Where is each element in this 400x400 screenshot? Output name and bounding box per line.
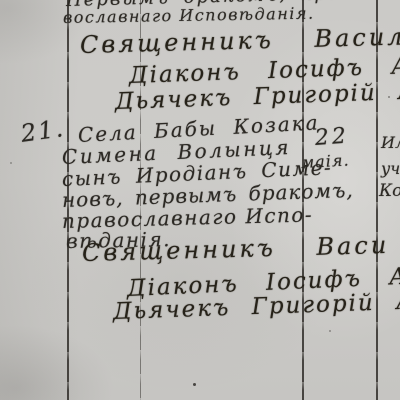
record-month: маія. (301, 151, 350, 171)
margin-fragment: Ил (381, 134, 400, 152)
officiant-signature-priest: Священникъ Васил (80, 23, 400, 58)
margin-fragment: Ко (379, 182, 400, 201)
paper-speck (329, 330, 331, 332)
officiant-signature-priest: Священникъ Васи (82, 232, 390, 266)
margin-fragment: уч (381, 160, 400, 178)
record-number: 21. (19, 115, 66, 147)
document-scan: Первымъ бракомъ, пра- вославнаго Исповѣд… (0, 0, 400, 400)
prev-record-text-line: вославнаго Исповѣданія. (63, 5, 315, 27)
record-day: 22 (314, 125, 350, 152)
paper-speck (10, 162, 12, 164)
paper-speck (388, 96, 390, 98)
paper-speck (193, 383, 196, 386)
